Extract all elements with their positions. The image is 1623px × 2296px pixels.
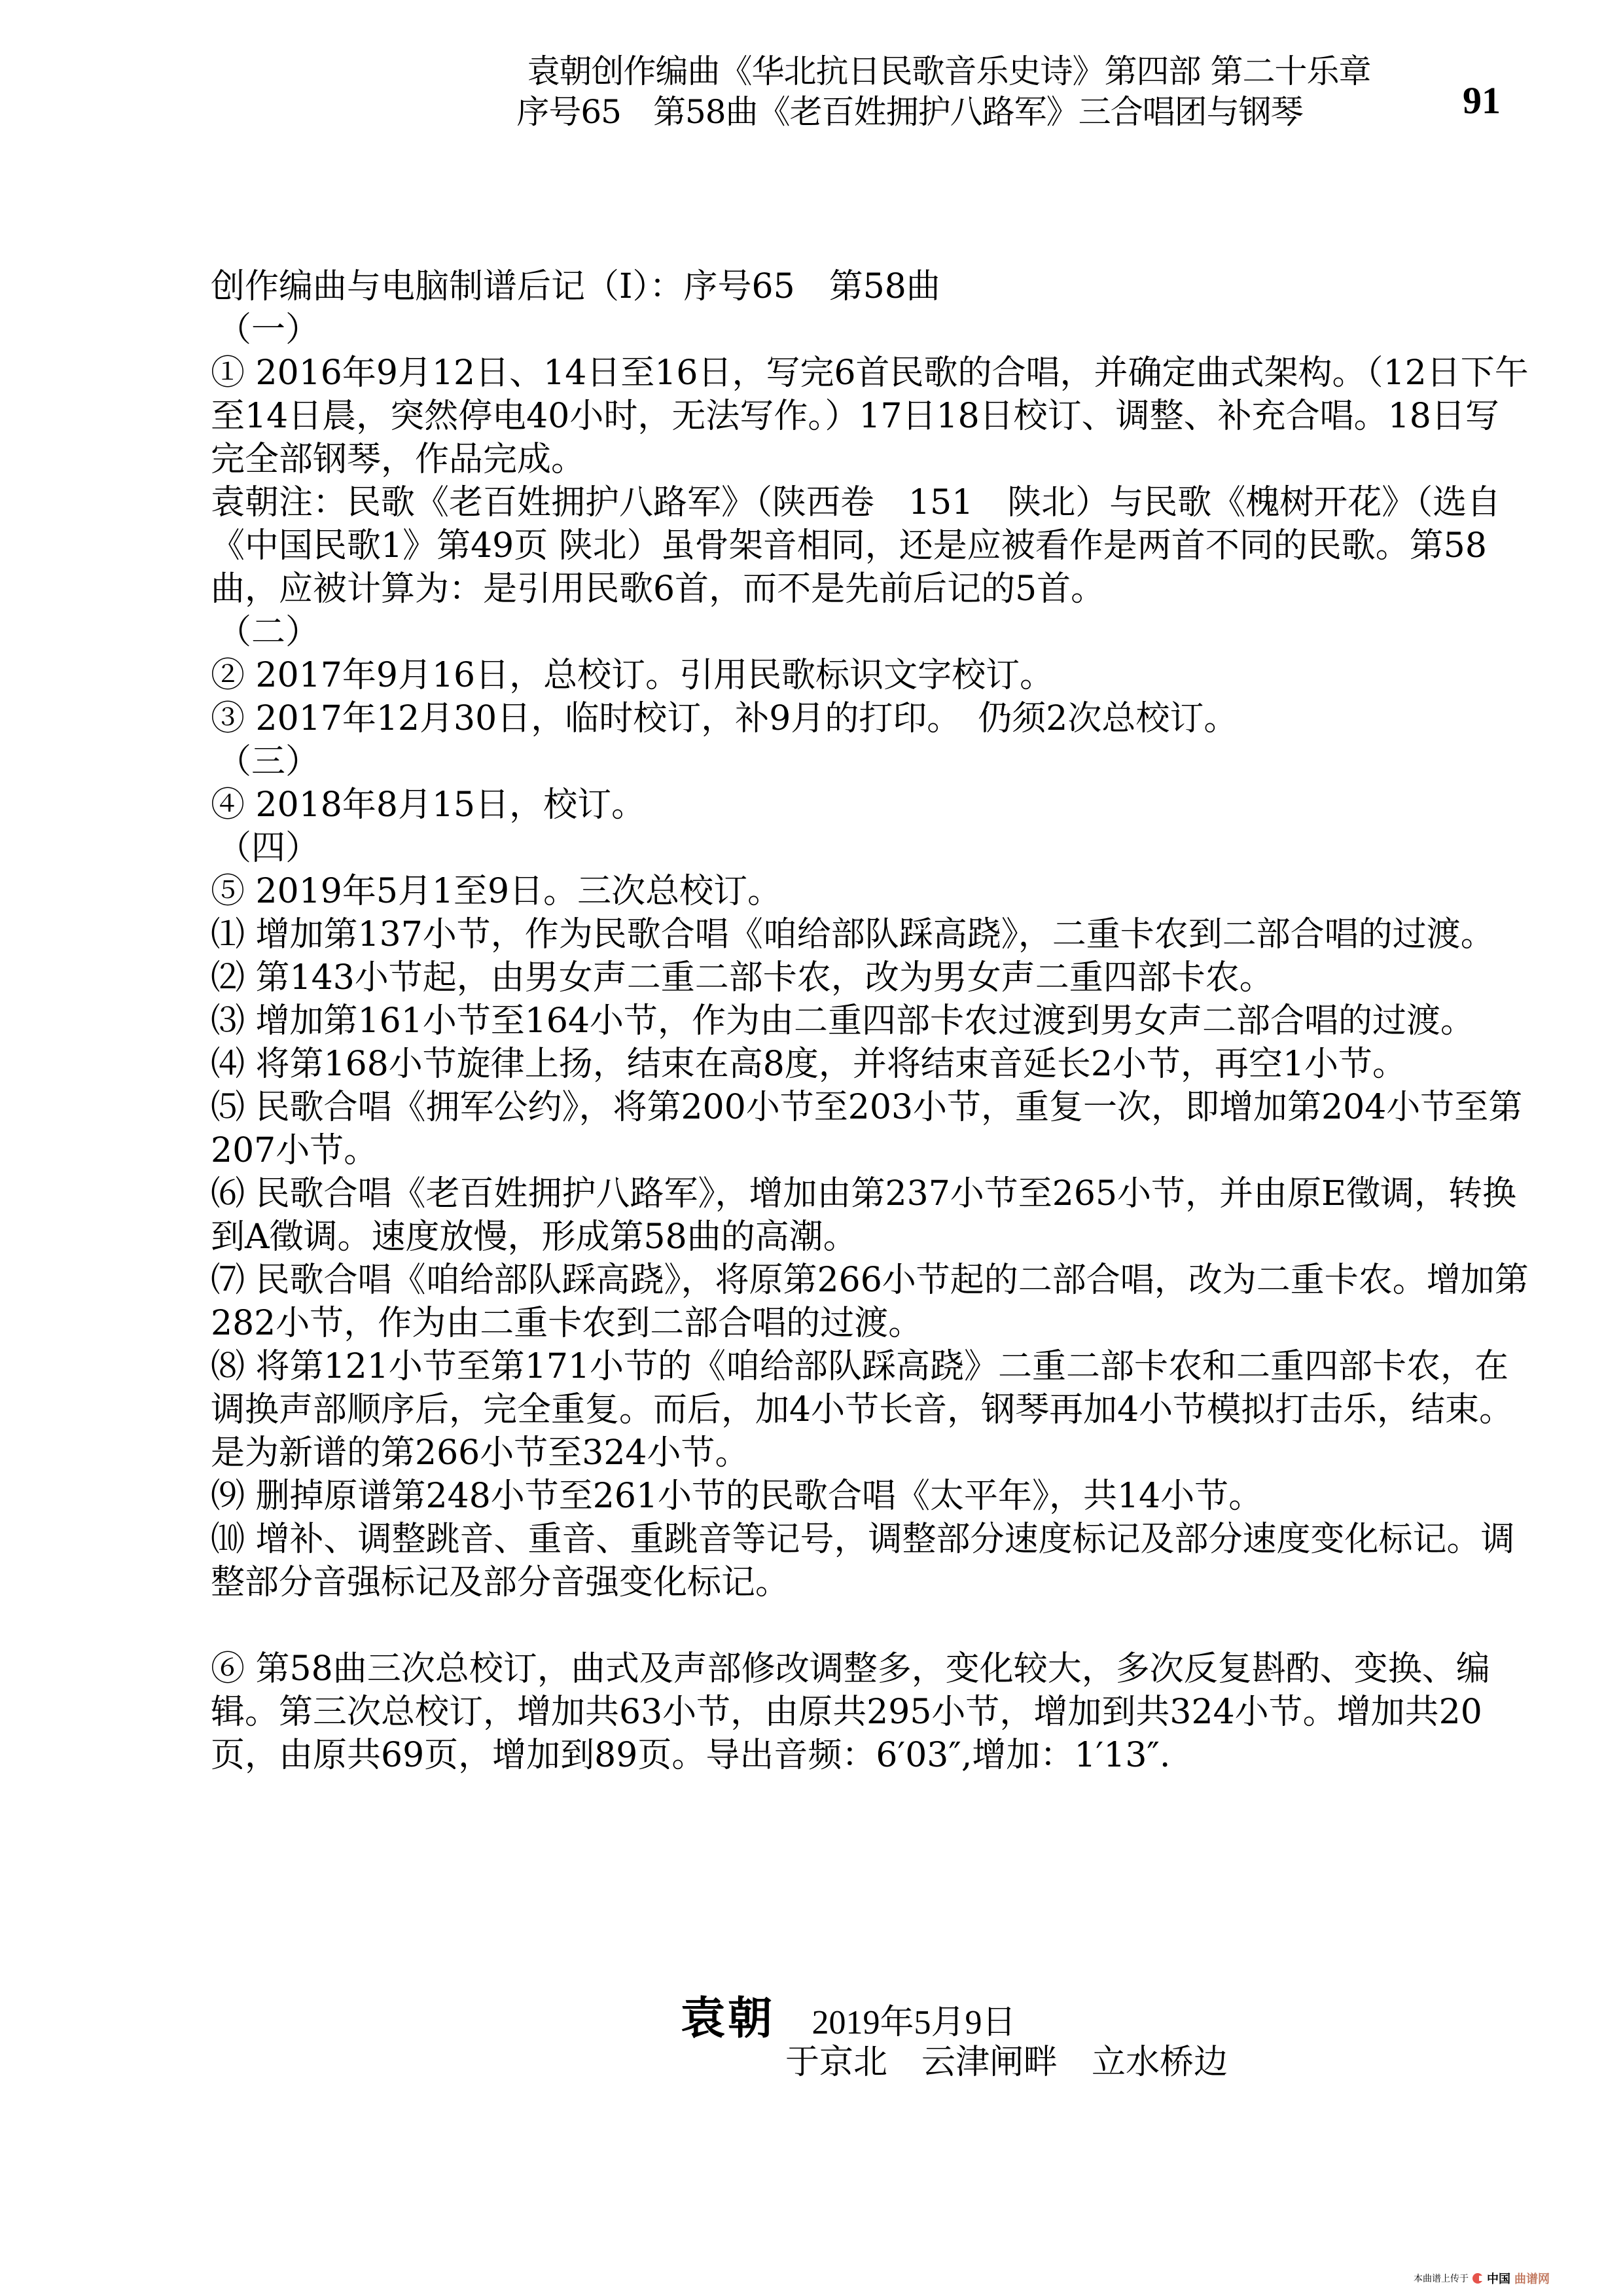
entry-2: ② 2017年9月16日，总校订。引用民歌标识文字校订。 xyxy=(211,654,1533,697)
header-line-2: 序号65 第58曲《老百姓拥护八路军》三合唱团与钢琴 xyxy=(458,92,1440,132)
page-header: 袁朝创作编曲《华北抗日民歌音乐史诗》第四部 第二十乐章 序号65 第58曲《老百… xyxy=(458,51,1440,132)
upload-watermark: 本曲谱上传于 中国 曲谱网 xyxy=(1414,2270,1550,2287)
revision-item-5: ⑸ 民歌合唱《拥军公约》，将第200小节至203小节，重复一次，即增加第204小… xyxy=(211,1086,1533,1172)
revision-item-7: ⑺ 民歌合唱《咱给部队踩高跷》，将原第266小节起的二部合唱，改为二重卡农。增加… xyxy=(211,1259,1533,1345)
afterword-body: 创作编曲与电脑制谱后记（Ⅰ）：序号65 第58曲 （一） ① 2016年9月12… xyxy=(211,265,1533,1777)
revision-item-10: ⑽ 增补、调整跳音、重音、重跳音等记号，调整部分速度标记及部分速度变化标记。调整… xyxy=(211,1518,1533,1604)
revision-item-8: ⑻ 将第121小节至第171小节的《咱给部队踩高跷》二重二部卡农和二重四部卡农，… xyxy=(211,1345,1533,1475)
revision-item-1: ⑴ 增加第137小节，作为民歌合唱《咱给部队踩高跷》，二重卡农到二部合唱的过渡。 xyxy=(211,913,1533,956)
section-heading-1: （一） xyxy=(211,308,1533,351)
section-heading-3: （三） xyxy=(211,740,1533,783)
entry-4: ④ 2018年8月15日，校订。 xyxy=(211,783,1533,827)
signature-place: 于京北 云津闸畔 立水桥边 xyxy=(785,2034,1228,2083)
author-note: 袁朝注：民歌《老百姓拥护八路军》（陕西卷 151 陕北）与民歌《槐树开花》（选自… xyxy=(211,481,1533,611)
entry-6-summary: ⑥ 第58曲三次总校订，曲式及声部修改调整多，变化较大，多次反复斟酌、变换、编辑… xyxy=(211,1647,1533,1777)
site-logo-icon xyxy=(1472,2273,1483,2284)
entry-5: ⑤ 2019年5月1至9日。三次总校订。 xyxy=(211,870,1533,913)
signature-name: 袁朝 xyxy=(681,1993,775,2045)
document-title: 创作编曲与电脑制谱后记（Ⅰ）：序号65 第58曲 xyxy=(211,265,1533,308)
logo-text-cn: 中国 xyxy=(1487,2270,1510,2287)
uploaded-text: 本曲谱上传于 xyxy=(1414,2272,1469,2285)
entry-1: ① 2016年9月12日、14日至16日，写完6首民歌的合唱，并确定曲式架构。（… xyxy=(211,351,1533,481)
section-heading-4: （四） xyxy=(211,827,1533,870)
revision-item-2: ⑵ 第143小节起，由男女声二重二部卡农，改为男女声二重四部卡农。 xyxy=(211,956,1533,999)
revision-item-6: ⑹ 民歌合唱《老百姓拥护八路军》，增加由第237小节至265小节，并由原E徵调，… xyxy=(211,1172,1533,1259)
blank-line xyxy=(211,1604,1533,1647)
logo-text-site: 曲谱网 xyxy=(1514,2270,1550,2287)
revision-item-3: ⑶ 增加第161小节至164小节，作为由二重四部卡农过渡到男女声二部合唱的过渡。 xyxy=(211,999,1533,1043)
section-heading-2: （二） xyxy=(211,611,1533,654)
entry-3: ③ 2017年12月30日，临时校订，补9月的打印。 仍须2次总校订。 xyxy=(211,697,1533,740)
header-line-1: 袁朝创作编曲《华北抗日民歌音乐史诗》第四部 第二十乐章 xyxy=(458,51,1440,92)
revision-item-9: ⑼ 删掉原谱第248小节至261小节的民歌合唱《太平年》，共14小节。 xyxy=(211,1475,1533,1518)
revision-item-4: ⑷ 将第168小节旋律上扬，结束在高8度，并将结束音延长2小节，再空1小节。 xyxy=(211,1043,1533,1086)
page-number: 91 xyxy=(1463,79,1501,122)
